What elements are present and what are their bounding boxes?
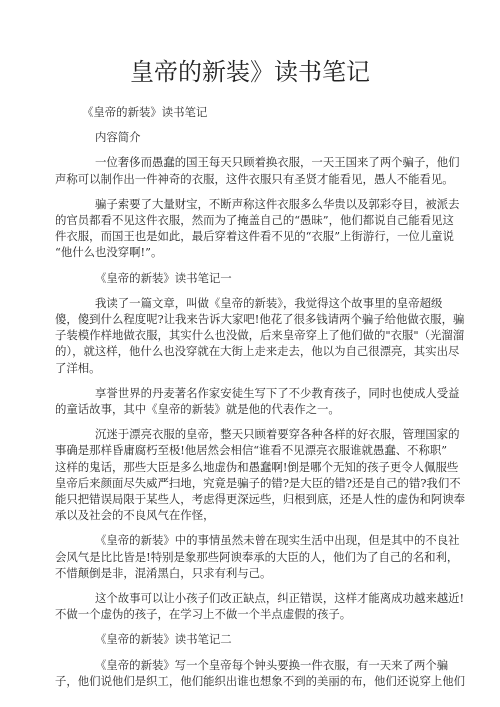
text-line: “他什么也没穿啊!”。 (55, 244, 442, 260)
text-line: 傻，傻到什么程度呢?让我来告诉大家吧!他花了很多钱请两个骗子给他做衣服，骗 (55, 311, 442, 327)
text-line: 这个故事可以让小孩子们改正缺点，纠正错误，这样才能离成功越来越近! (55, 590, 442, 606)
text-line: 声称可以制作出一件神奇的衣服，这件衣服只有圣贤才能看见，愚人不能看见。 (55, 171, 442, 187)
section-summary: 内容简介 一位奢侈而愚蠢的国王每天只顾着换衣服，一天王国来了两个骗子，他们 声称… (55, 129, 442, 260)
paragraph: 沉迷于漂亮衣服的皇帝，整天只顾着要穿各种各样的好衣服，管理国家的 事确是那样昏庸… (55, 426, 442, 523)
text-line: 子装模作样地做衣服，其实什么也没做，后来皇帝穿上了他们做的"衣服"（光溜溜 (55, 327, 442, 343)
paragraph: 享誉世界的丹麦著名作家安徒生写下了不少教育孩子，同时也使成人受益 的童话故事，其… (55, 385, 442, 417)
section-subheading: 《皇帝的新装》读书笔记二 (55, 631, 442, 647)
text-line: 一位奢侈而愚蠢的国王每天只顾着换衣服，一天王国来了两个骗子，他们 (55, 154, 442, 170)
paragraph: 我读了一篇文章，叫做《皇帝的新装》，我觉得这个故事里的皇帝超级 傻，傻到什么程度… (55, 295, 442, 376)
text-line: 的官员都看不见这件衣服，然而为了掩盖自己的“愚昧”，他们都说自己能看见这 (55, 212, 442, 228)
document-page: 皇帝的新装》读书笔记 《皇帝的新装》读书笔记 内容简介 一位奢侈而愚蠢的国王每天… (0, 0, 500, 707)
section-note-one: 《皇帝的新装》读书笔记一 我读了一篇文章，叫做《皇帝的新装》，我觉得这个故事里的… (55, 270, 442, 623)
document-heading: 《皇帝的新装》读书笔记 (55, 104, 442, 120)
text-line: 不做一个虚伪的孩子，在学习上不做一个半点虚假的孩子。 (55, 606, 442, 622)
section-subheading: 《皇帝的新装》读书笔记一 (55, 270, 442, 286)
text-line: 《皇帝的新装》写一个皇帝每个钟头要换一件衣服，有一天来了两个骗 (55, 657, 442, 673)
text-line: 不惜颠倒是非，混淆黑白，只求有利与己。 (55, 565, 442, 581)
text-line: 承以及社会的不良风气在作怪， (55, 507, 442, 523)
paragraph: 一位奢侈而愚蠢的国王每天只顾着换衣服，一天王国来了两个骗子，他们 声称可以制作出… (55, 154, 442, 186)
paragraph: 《皇帝的新装》写一个皇帝每个钟头要换一件衣服，有一天来了两个骗 子，他们说他们是… (55, 657, 442, 689)
text-line: 这样的鬼话，那些大臣是多么地虚伪和愚蠢啊!倒是哪个无知的孩子更令人佩服些 (55, 459, 442, 475)
text-line: 的），就这样，他什么也没穿就在大街上走来走去，他以为自己很漂亮，其实出尽 (55, 343, 442, 359)
text-line: 沉迷于漂亮衣服的皇帝，整天只顾着要穿各种各样的好衣服，管理国家的 (55, 426, 442, 442)
text-line: 《皇帝的新装》中的事情虽然未曾在现实生活中出现，但是其中的不良社 (55, 532, 442, 548)
paragraph: 骗子索要了大量财宝，不断声称这件衣服多么华贵以及郭彩夺目，被派去 的官员都看不见… (55, 196, 442, 261)
paragraph: 《皇帝的新装》中的事情虽然未曾在现实生活中出现，但是其中的不良社 会风气是比比皆… (55, 532, 442, 581)
section-subheading: 内容简介 (55, 129, 442, 145)
text-line: 能只把错误局限于某些人，考虑得更深远些，归根到底，还是人性的虚伪和阿谀奉 (55, 491, 442, 507)
text-line: 的童话故事，其中《皇帝的新装》就是他的代表作之一。 (55, 401, 442, 417)
text-line: 皇帝后来颜面尽失威严扫地，究竟是骗子的错?是大臣的错?还是自己的错?我们不 (55, 475, 442, 491)
text-line: 事确是那样昏庸腐朽至极!他居然会相信“谁看不见漂亮衣服谁就愚蠢、不称职” (55, 442, 442, 458)
document-body: 《皇帝的新装》读书笔记 内容简介 一位奢侈而愚蠢的国王每天只顾着换衣服，一天王国… (55, 104, 442, 689)
text-line: 享誉世界的丹麦著名作家安徒生写下了不少教育孩子，同时也使成人受益 (55, 385, 442, 401)
paragraph: 这个故事可以让小孩子们改正缺点，纠正错误，这样才能离成功越来越近! 不做一个虚伪… (55, 590, 442, 622)
text-line: 了洋相。 (55, 360, 442, 376)
text-line: 会风气是比比皆是!特别是象那些阿谀奉承的大臣的人，他们为了自己的名和利， (55, 549, 442, 565)
text-line: 我读了一篇文章，叫做《皇帝的新装》，我觉得这个故事里的皇帝超级 (55, 295, 442, 311)
text-line: 子，他们说他们是织工，他们能织出谁也想象不到的美丽的布，他们还说穿上他们 (55, 673, 442, 689)
document-title: 皇帝的新装》读书笔记 (0, 52, 500, 87)
text-line: 件衣服，而国王也是如此，最后穿着这件看不见的“衣服”上街游行，一位儿童说 (55, 228, 442, 244)
section-note-two: 《皇帝的新装》读书笔记二 《皇帝的新装》写一个皇帝每个钟头要换一件衣服，有一天来… (55, 631, 442, 689)
text-line: 骗子索要了大量财宝，不断声称这件衣服多么华贵以及郭彩夺目，被派去 (55, 196, 442, 212)
